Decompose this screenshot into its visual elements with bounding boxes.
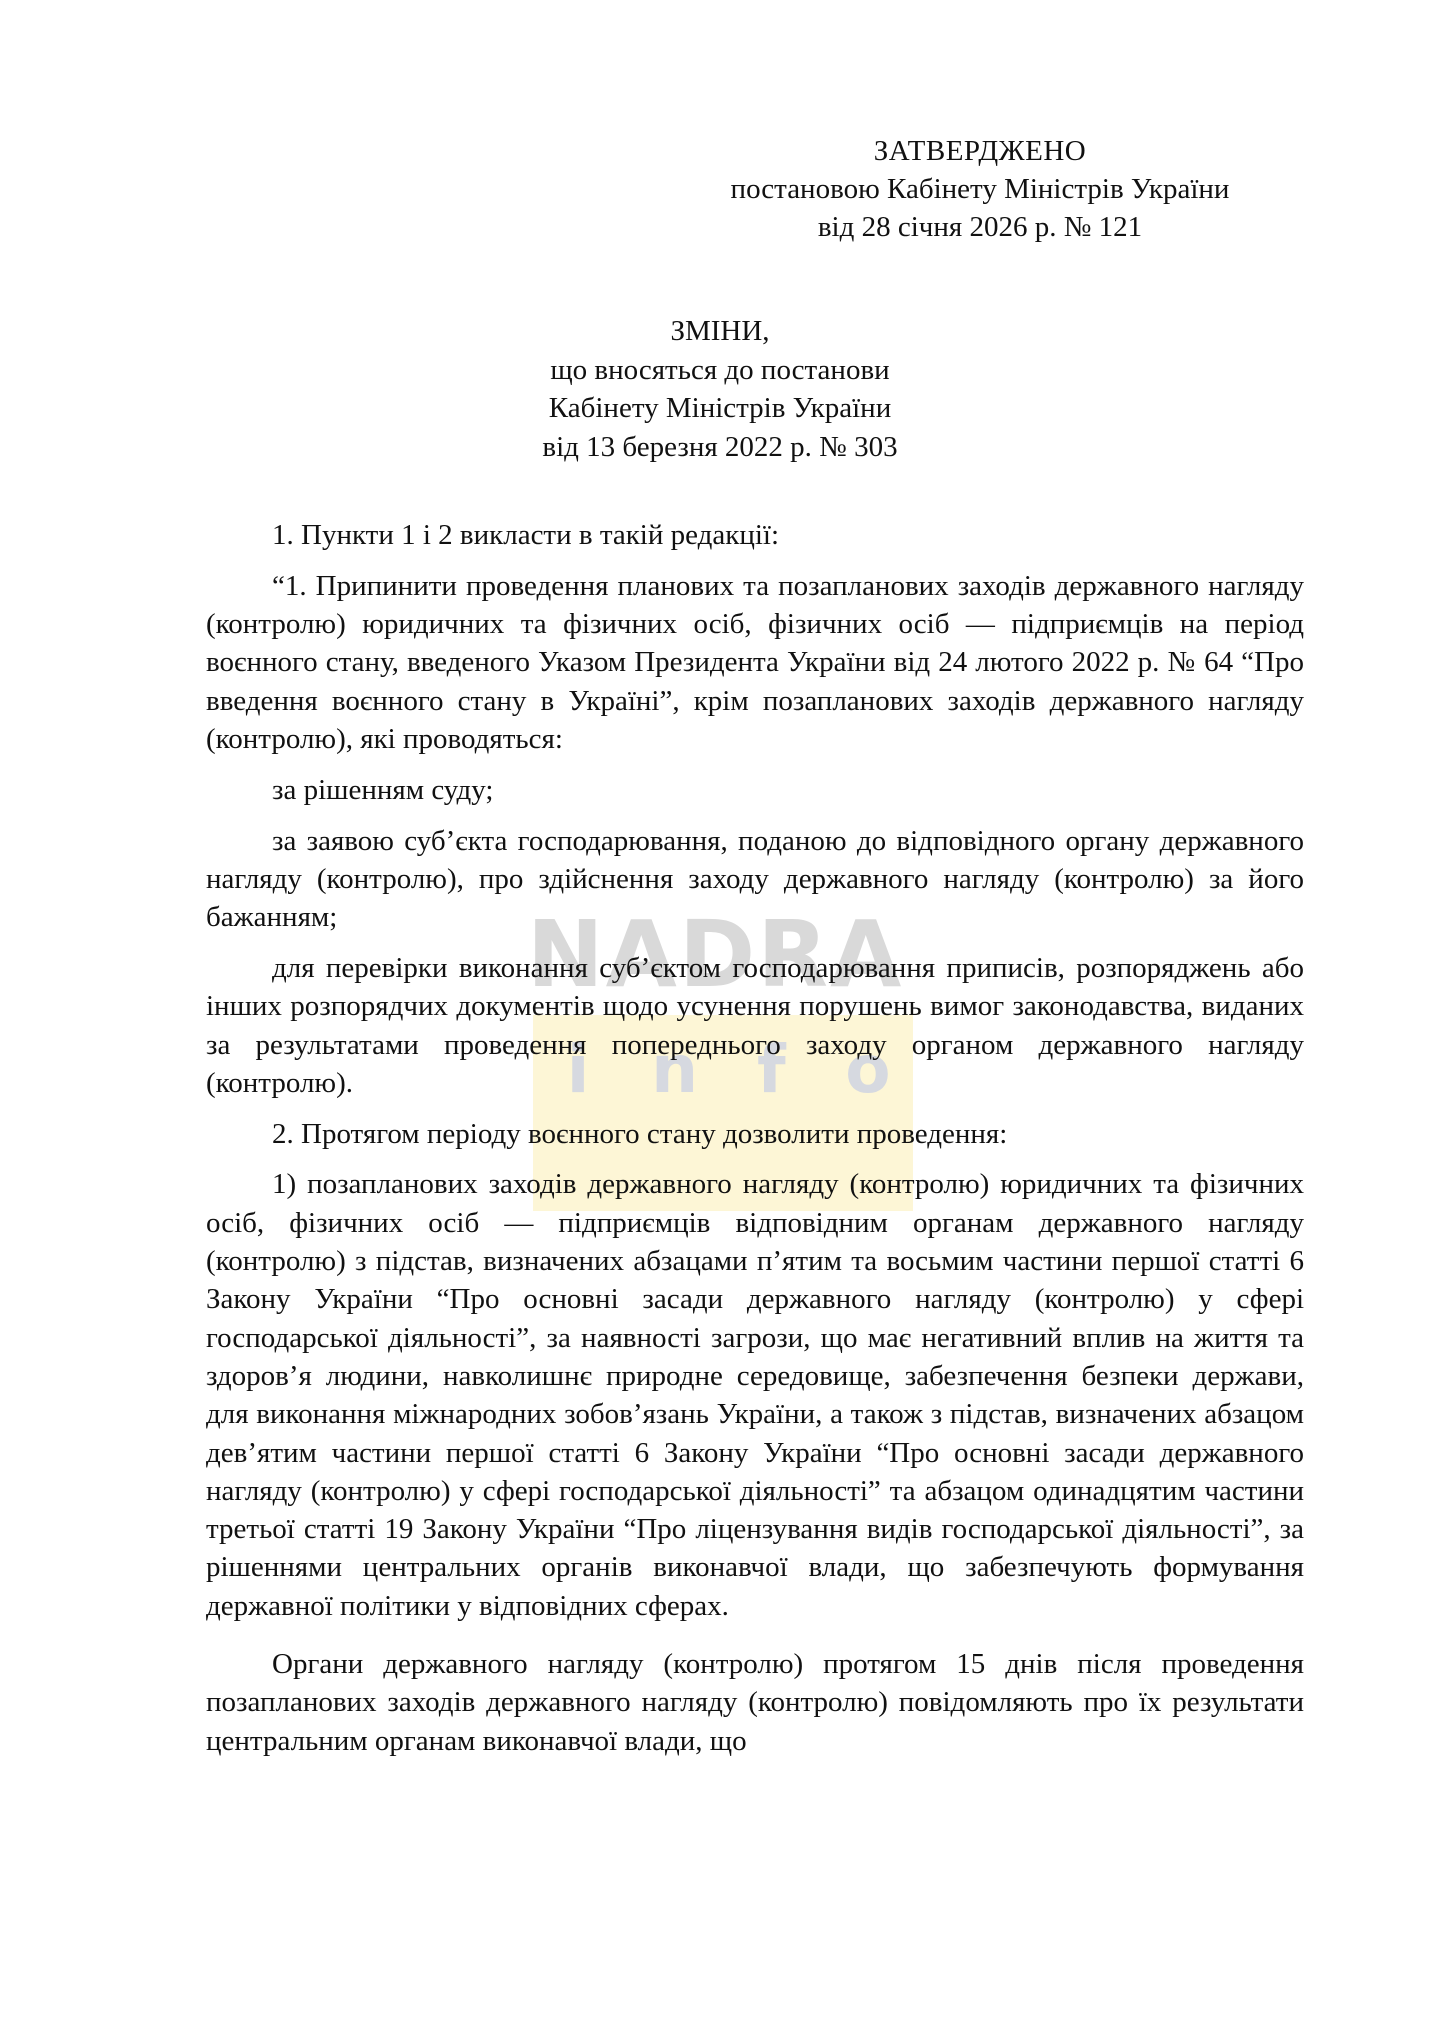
paragraph: за рішенням суду; [206, 771, 1304, 809]
paragraph: 2. Протягом періоду воєнного стану дозво… [206, 1115, 1304, 1153]
approval-title: ЗАТВЕРДЖЕНО [640, 132, 1320, 170]
document-page: NADRA i n f o ЗАТВЕРДЖЕНО постановою Каб… [0, 0, 1443, 2040]
paragraph: “1. Припинити проведення планових та поз… [206, 567, 1304, 758]
document-subtitle-line: що вносяться до постанови [420, 351, 1020, 390]
document-subtitle-line: Кабінету Міністрів України [420, 389, 1020, 428]
approval-stamp: ЗАТВЕРДЖЕНО постановою Кабінету Міністрі… [640, 132, 1320, 246]
approval-authority: постановою Кабінету Міністрів України [640, 170, 1320, 208]
document-title: ЗМІНИ, що вносяться до постанови Кабінет… [420, 312, 1020, 466]
approval-date-number: від 28 січня 2026 р. № 121 [640, 208, 1320, 246]
paragraph: Органи державного нагляду (контролю) про… [206, 1645, 1304, 1760]
document-subtitle-line: від 13 березня 2022 р. № 303 [420, 428, 1020, 467]
paragraph: для перевірки виконання суб’єктом господ… [206, 949, 1304, 1102]
paragraph: 1. Пункти 1 і 2 викласти в такій редакці… [206, 516, 1304, 554]
paragraph: 1) позапланових заходів державного нагля… [206, 1165, 1304, 1625]
document-body: 1. Пункти 1 і 2 викласти в такій редакці… [206, 516, 1304, 1772]
document-heading: ЗМІНИ, [420, 312, 1020, 351]
paragraph: за заявою суб’єкта господарювання, подан… [206, 822, 1304, 937]
